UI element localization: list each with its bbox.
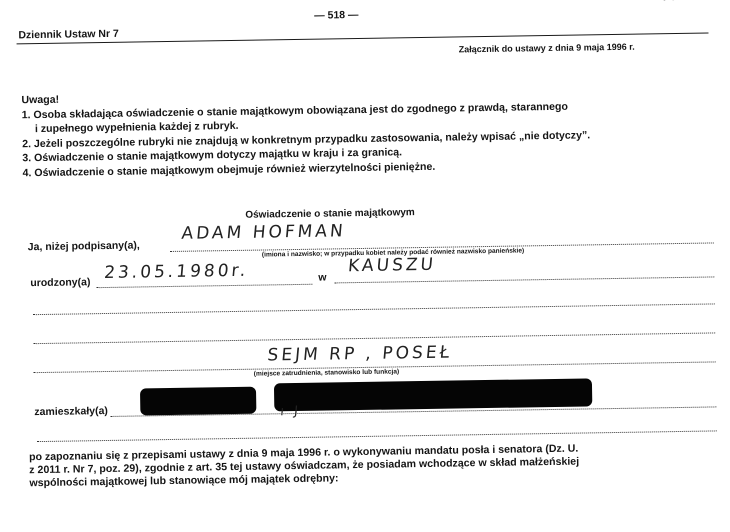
born-place-value[interactable]: KAUSZU — [347, 255, 437, 276]
blank-line — [37, 430, 717, 442]
redaction-block — [140, 387, 256, 416]
blank-line — [33, 303, 715, 315]
residence-label: zamieszkały(a) — [34, 405, 108, 418]
declaration-paragraph: po zapoznaniu się z przepisami ustawy z … — [29, 443, 579, 491]
born-date-value[interactable]: 23.05.1980r. — [103, 261, 249, 283]
notes-section: Uwaga! 1. Osoba składająca oświadczenie … — [21, 84, 590, 180]
name-label: Ja, niżej podpisany(a), — [28, 239, 140, 253]
born-place-line — [334, 276, 714, 283]
blank-line — [33, 332, 715, 344]
employment-field-value[interactable]: SEJM RP , POSEŁ — [267, 343, 453, 366]
name-field-value[interactable]: ADAM HOFMAN — [181, 221, 347, 244]
residence-partial-handwriting: ı J — [280, 404, 302, 419]
scanned-document-page: — 518 — Poz. 29 Dziennik Ustaw Nr 7 Załą… — [0, 0, 730, 532]
annex-label: Załącznik do ustawy z dnia 9 maja 1996 r… — [459, 42, 635, 55]
employment-hint: (miejsce zatrudnienia, stanowisko lub fu… — [254, 368, 400, 377]
redaction-block — [274, 378, 592, 411]
born-in-label: w — [318, 272, 326, 284]
page-number: — 518 — — [314, 9, 359, 22]
position-number: Poz. 29 — [663, 0, 699, 3]
born-label: urodzony(a) — [30, 276, 90, 289]
form-title: Oświadczenie o stanie majątkowym — [245, 207, 415, 221]
journal-title: Dziennik Ustaw Nr 7 — [18, 28, 119, 42]
born-date-line — [96, 284, 312, 288]
